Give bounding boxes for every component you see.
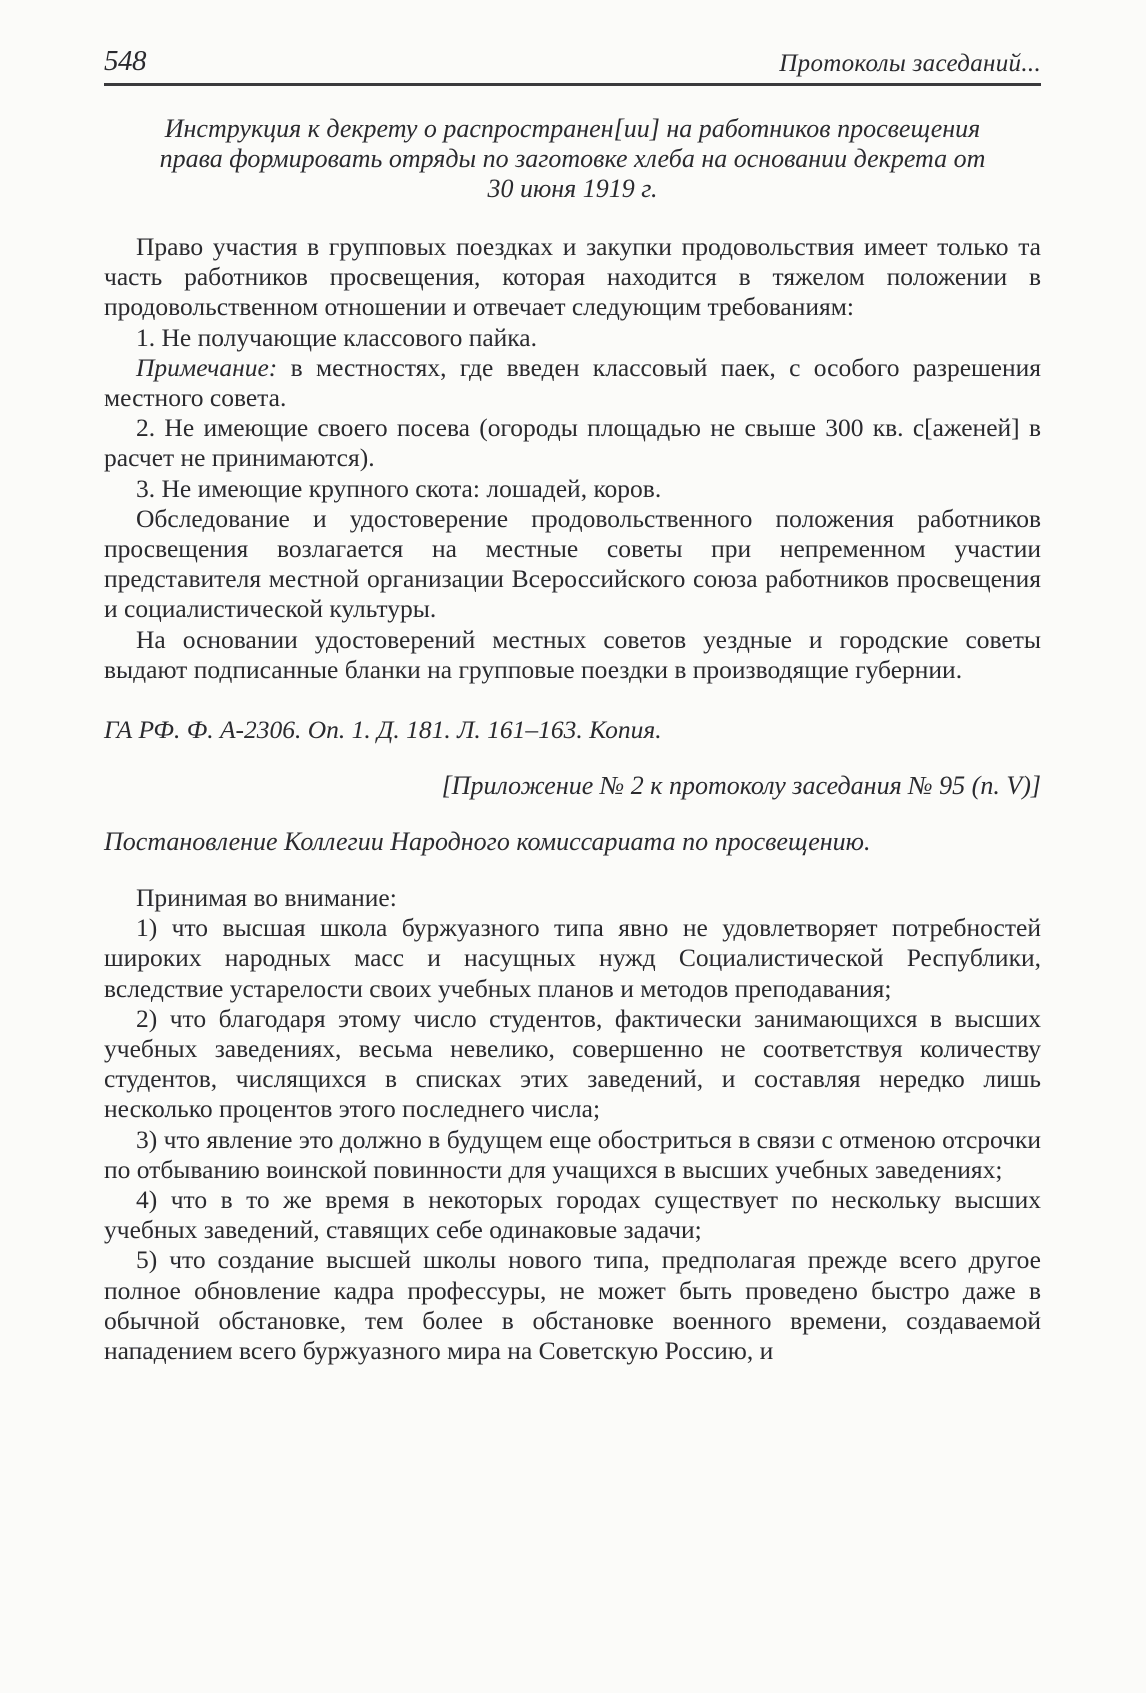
paragraph: На основании удостоверений местных совет…: [104, 625, 1041, 685]
list-item: 1. Не получающие классового пайка.: [104, 323, 1041, 353]
list-item: 4) что в то же время в некоторых городах…: [104, 1185, 1041, 1245]
archive-source: ГА РФ. Ф. А-2306. Оп. 1. Д. 181. Л. 161–…: [104, 715, 1041, 745]
list-item: 1) что высшая школа буржуазного типа явн…: [104, 913, 1041, 1004]
list-item: 2) что благодаря этому число студентов, …: [104, 1004, 1041, 1125]
resolution-body: Принимая во внимание: 1) что высшая школ…: [104, 883, 1041, 1366]
paragraph: Право участия в групповых поездках и зак…: [104, 232, 1041, 323]
header-rule: [104, 83, 1041, 86]
running-title: Протоколы заседаний...: [779, 50, 1041, 78]
instruction-title: Инструкция к декрету о распространен[ии]…: [104, 114, 1041, 204]
list-item: 3) что явление это должно в будущем еще …: [104, 1125, 1041, 1185]
appendix-reference: [Приложение № 2 к протоколу заседания № …: [104, 771, 1041, 801]
list-item: 2. Не имеющие своего посева (огороды пло…: [104, 413, 1041, 473]
instruction-body: Право участия в групповых поездках и зак…: [104, 232, 1041, 685]
list-item: 3. Не имеющие крупного скота: лошадей, к…: [104, 474, 1041, 504]
note-paragraph: Примечание: в местностях, где введен кла…: [104, 353, 1041, 413]
book-page: 548 Протоколы заседаний... Инструкция к …: [104, 38, 1041, 1366]
note-label: Примечание:: [136, 353, 277, 382]
running-head: 548 Протоколы заседаний...: [104, 38, 1041, 78]
list-item: 5) что создание высшей школы нового типа…: [104, 1245, 1041, 1366]
paragraph: Обследование и удостоверение продовольст…: [104, 504, 1041, 625]
page-number: 548: [104, 45, 146, 78]
resolution-title: Постановление Коллегии Народного комисса…: [104, 827, 1041, 857]
intro-paragraph: Принимая во внимание:: [104, 883, 1041, 913]
